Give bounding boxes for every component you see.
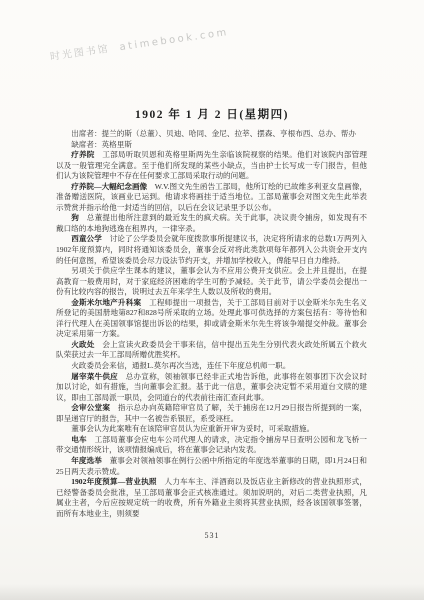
- paragraph: 1902年度预算—营业执照 人力车车主、洋酒商以及饭店业主新修改的营业执照形式，…: [56, 477, 367, 519]
- section-heading: 电车: [71, 435, 87, 444]
- section-heading: 火政处: [71, 340, 94, 349]
- section-heading: 疗养院—大幅纪念画像: [71, 182, 147, 191]
- paragraph: 缺席者：英格里斯: [56, 140, 367, 151]
- watermark-en-text: atimebook.com: [119, 27, 230, 53]
- paragraph: 火政处 会上宣读火政委员会干事来信，信中提出五先生分别代表火政处所属五个救火队荣…: [56, 340, 367, 361]
- section-heading: 疗养院: [71, 150, 94, 159]
- watermark: 时光图书馆atimebook.com: [49, 23, 229, 63]
- body-paragraphs: 出席者：提兰的斯（总董）、贝迪、哈同、金尼、拉莘、摆森、亨根布西、总办、帮办缺席…: [56, 129, 367, 519]
- section-heading: 西童公学: [71, 234, 102, 243]
- paragraph: 疗养院 工部局听取贝恩和英格里斯两先生亲临该院视察的结果。他们对该院内部管理以及…: [56, 150, 367, 182]
- section-heading: 年度选举: [71, 456, 102, 465]
- paragraph: 狗 总董提出他所注意到的最近发生的疯犬病。关于此事，决议责令捕房，如发现有不戴口…: [56, 213, 367, 234]
- section-heading: 出席者: [71, 129, 94, 138]
- page-number: 531: [0, 531, 424, 540]
- watermark-cn-text: 时光图书馆: [50, 44, 111, 63]
- paragraph: 董事会认为此案唯有在该陪审官员认为应重新开审为妥时，可采取措施。: [56, 424, 367, 435]
- paragraph: 火政委员会来信，通报L.莫尔再次当选，连任下年度总机师一职。: [56, 361, 367, 372]
- paragraph: 金斯米尔地产升科案 工程师提出一项报告，关于工部局目前对于以金斯米尔先生名义所登…: [56, 298, 367, 340]
- section-heading: 狗: [71, 213, 79, 222]
- paragraph: 另项关于供应学生课本的建议，董事会认为不应用公费开支供应。会上并且提出，在提高教…: [56, 266, 367, 298]
- paragraph: 电车 工部局董事会应电车公司代理人的请求，决定指令捕房早日查明公园和龙飞桥一带交…: [56, 435, 367, 456]
- section-heading: 金斯米尔地产升科案: [71, 298, 141, 307]
- scanned-page: 时光图书馆atimebook.com 1902 年 1 月 2 日(星期四) 出…: [0, 0, 424, 600]
- section-heading: 缺席者: [71, 140, 94, 149]
- section-heading: 1902年度预算—营业执照: [71, 477, 157, 486]
- paragraph: 会审公堂案 指示总办向英籍陪审官员了解，关于捕房在12月29日报告所提到的一案，…: [56, 403, 367, 424]
- paragraph: 西童公学 讨论了公学委员会就年度拨款事所提建议书，决定将所请求的总数1万两列入1…: [56, 234, 367, 266]
- scan-edge-shadow: [0, 584, 424, 600]
- date-title: 1902 年 1 月 2 日(星期四): [0, 106, 424, 122]
- section-heading: 屠宰菜牛供应: [71, 372, 118, 381]
- paragraph: 出席者：提兰的斯（总董）、贝迪、哈同、金尼、拉莘、摆森、亨根布西、总办、帮办: [56, 129, 367, 140]
- paragraph: 年度选举 董事会对领袖领事在例行公函中所指定的年度选举董事的日期，即1月24日和…: [56, 456, 367, 477]
- paragraph: 疗养院—大幅纪念画像 W.V.图文先生函告工部局，他所订绘的已故维多利亚女皇画像…: [56, 182, 367, 214]
- section-heading: 会审公堂案: [71, 403, 110, 412]
- paragraph: 屠宰菜牛供应 总办宣称，领袖领事已经非正式地告诉他，此事将在领事团下次会议时加以…: [56, 372, 367, 404]
